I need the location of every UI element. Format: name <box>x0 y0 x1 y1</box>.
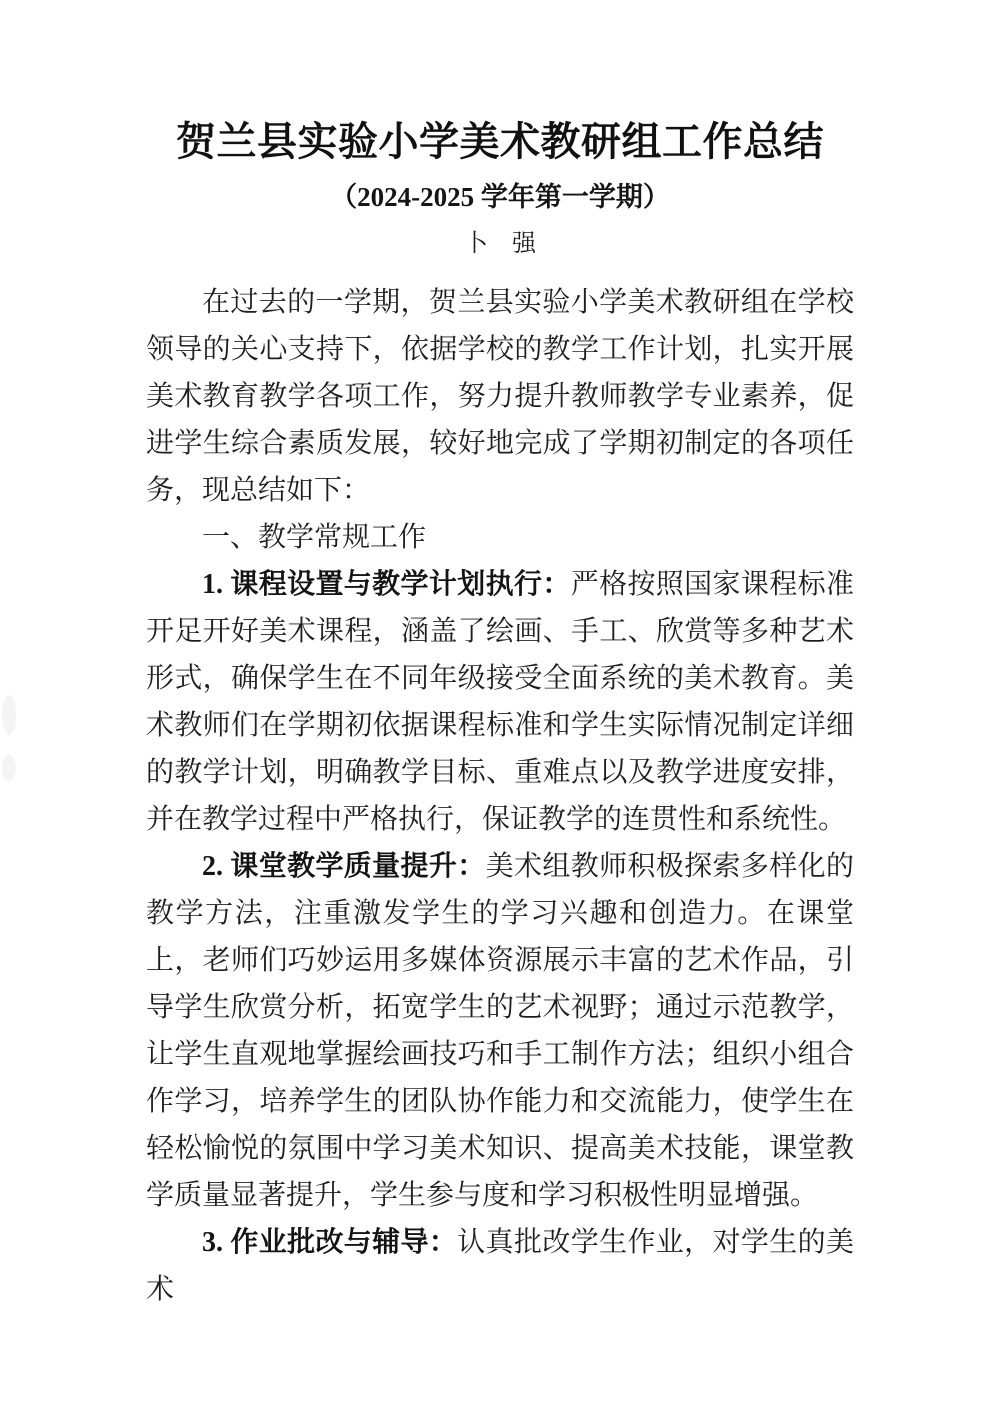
document-body: 在过去的一学期，贺兰县实验小学美术教研组在学校领导的关心支持下，依据学校的教学工… <box>146 279 854 1313</box>
scan-artifact <box>2 755 16 781</box>
document-subtitle: （2024-2025 学年第一学期） <box>0 180 1000 214</box>
paragraph-text-classroom-quality: 美术组教师积极探索多样化的教学方法，注重激发学生的学习兴趣和创造力。在课堂上，老… <box>146 851 854 1211</box>
paragraph-lead-course-setup: 1. 课程设置与教学计划执行： <box>202 569 571 600</box>
document-title: 贺兰县实验小学美术教研组工作总结 <box>0 0 1000 166</box>
document-page: 贺兰县实验小学美术教研组工作总结 （2024-2025 学年第一学期） 卜 强 … <box>0 0 1000 1414</box>
paragraph-text-course-setup: 严格按照国家课程标准开足开好美术课程，涵盖了绘画、手工、欣赏等多种艺术形式，确保… <box>146 569 854 835</box>
paragraph-lead-homework-guidance: 3. 作业批改与辅导： <box>202 1227 457 1258</box>
section-heading-teaching-routine: 一、教学常规工作 <box>146 514 854 561</box>
paragraph-classroom-quality: 2. 课堂教学质量提升：美术组教师积极探索多样化的教学方法，注重激发学生的学习兴… <box>146 843 854 1219</box>
document-author: 卜 强 <box>0 228 1000 260</box>
paragraph-homework-guidance: 3. 作业批改与辅导：认真批改学生作业，对学生的美术 <box>146 1219 854 1313</box>
scan-artifact <box>2 695 16 735</box>
paragraph-lead-classroom-quality: 2. 课堂教学质量提升： <box>202 851 486 882</box>
intro-paragraph: 在过去的一学期，贺兰县实验小学美术教研组在学校领导的关心支持下，依据学校的教学工… <box>146 279 854 514</box>
paragraph-course-setup: 1. 课程设置与教学计划执行：严格按照国家课程标准开足开好美术课程，涵盖了绘画、… <box>146 561 854 843</box>
